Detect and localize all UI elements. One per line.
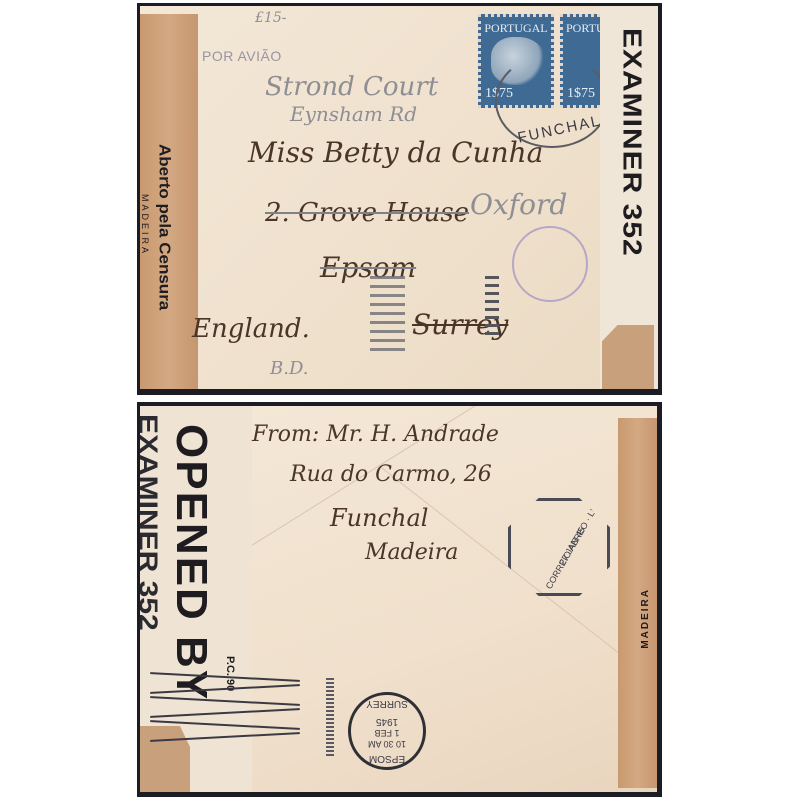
postmark-county: SURREY (351, 698, 423, 709)
machine-cancel-wavy-lines (150, 668, 310, 758)
funchal-postmark: FUNCHAL (495, 54, 609, 148)
sender-town: Funchal (330, 504, 428, 532)
address-street: 2. Grove House (265, 198, 469, 228)
postmark-time: 10 30 AM (351, 739, 423, 749)
sender-name: From: Mr. H. Andrade (252, 422, 499, 447)
censor-tape-british: EXAMINER 352 (600, 6, 660, 395)
machine-cancel-bars (370, 276, 405, 356)
forwarding-line-2: Eynsham Rd (290, 102, 417, 126)
stamp-country: PORTUGAL (566, 21, 600, 36)
postmark-date: 27 JAN 45 (557, 525, 587, 566)
envelope-back: EXAMINER 352 OPENED BY P.C. 90 MADEIRA F… (137, 402, 662, 797)
address-country: England. (192, 314, 310, 344)
envelope-front: Aberto pela Censura MADEIRA £15- POR AVI… (137, 3, 662, 395)
postmark-date: 1 FEB (351, 728, 423, 738)
censor-tape-subtext: MADEIRA (640, 588, 651, 649)
lisbon-airmail-postmark: CORREIO AEREO · LISBOA 27 JAN 45 (508, 498, 610, 596)
address-name: Miss Betty da Cunha (248, 136, 543, 169)
sender-island: Madeira (365, 540, 458, 565)
opened-by-label: OPENED BY (166, 424, 216, 701)
machine-cancel-bar (326, 678, 334, 758)
tape-seal-fragment (602, 325, 654, 390)
censor-tape-text: Aberto pela Censura (155, 144, 173, 310)
censor-tape-portuguese: Aberto pela Censura MADEIRA (140, 14, 198, 392)
pencil-price-note: £15- (255, 10, 286, 26)
violet-receiving-mark (512, 226, 588, 302)
sender-street: Rua do Carmo, 26 (290, 462, 492, 487)
pencil-initials: B.D. (270, 358, 308, 379)
censor-tape-subtext: MADEIRA (140, 194, 150, 256)
stamp-country: PORTUGAL (481, 21, 551, 36)
postmark-year: 1945 (351, 716, 423, 727)
machine-cancel-bars-2 (485, 276, 499, 336)
epsom-arrival-postmark: EPSOM 10 30 AM 1 FEB 1945 SURREY (348, 692, 426, 770)
airmail-mark: POR AVIÃO (202, 48, 282, 64)
examiner-label: EXAMINER 352 (617, 28, 646, 257)
forwarding-line-1: Strond Court (265, 72, 438, 102)
postmark-town: EPSOM (351, 753, 423, 764)
examiner-label-partial: EXAMINER 352 (137, 414, 161, 631)
forwarding-line-3: Oxford (470, 188, 567, 221)
censor-tape-portuguese: MADEIRA (618, 418, 658, 788)
